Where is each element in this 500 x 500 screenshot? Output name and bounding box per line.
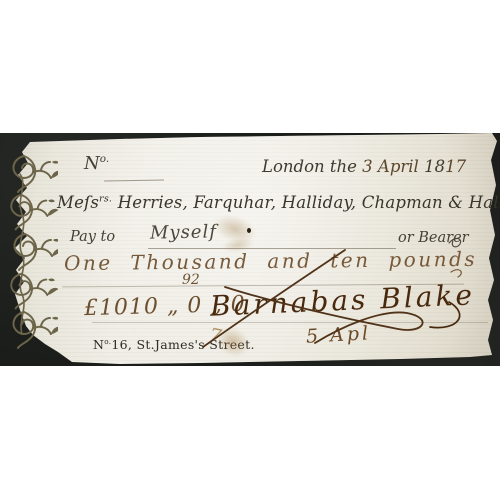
pay-to-label: Pay to — [70, 229, 115, 245]
number-n: N — [84, 153, 100, 174]
place-date-line: London the 3 April 1817 — [262, 157, 466, 176]
photo-canvas: No. London the 3 April 1817 Meſsrs. Herr… — [0, 0, 500, 500]
or-bearer-label: or Bearer — [398, 230, 469, 246]
ornamental-border — [8, 152, 58, 350]
city-label: London the — [262, 157, 357, 176]
ink-spot — [247, 228, 251, 233]
handwritten-date: 3 April — [362, 157, 419, 176]
bank-prefix-sup: rs. — [99, 194, 112, 205]
signature-rule — [92, 322, 488, 323]
year-printed: 18 — [424, 157, 445, 176]
year-handwritten: 17 — [445, 157, 466, 176]
bank-names: Herries, Farquhar, Halliday, Chapman & H… — [118, 193, 500, 212]
number-sup: o. — [100, 153, 109, 165]
endorsement-date: 5 Apl — [305, 322, 371, 347]
address-n: N — [93, 337, 104, 352]
bank-name-line: Meſsrs. Herries, Farquhar, Halliday, Cha… — [57, 193, 500, 212]
cheque-number-label: No. — [84, 153, 109, 174]
payee-name: Myself — [150, 221, 217, 243]
bank-prefix: Meſs — [57, 193, 99, 212]
clerk-notation: 92 — [182, 272, 200, 288]
amount-in-words: One Thousand and ten pounds — [64, 247, 477, 275]
